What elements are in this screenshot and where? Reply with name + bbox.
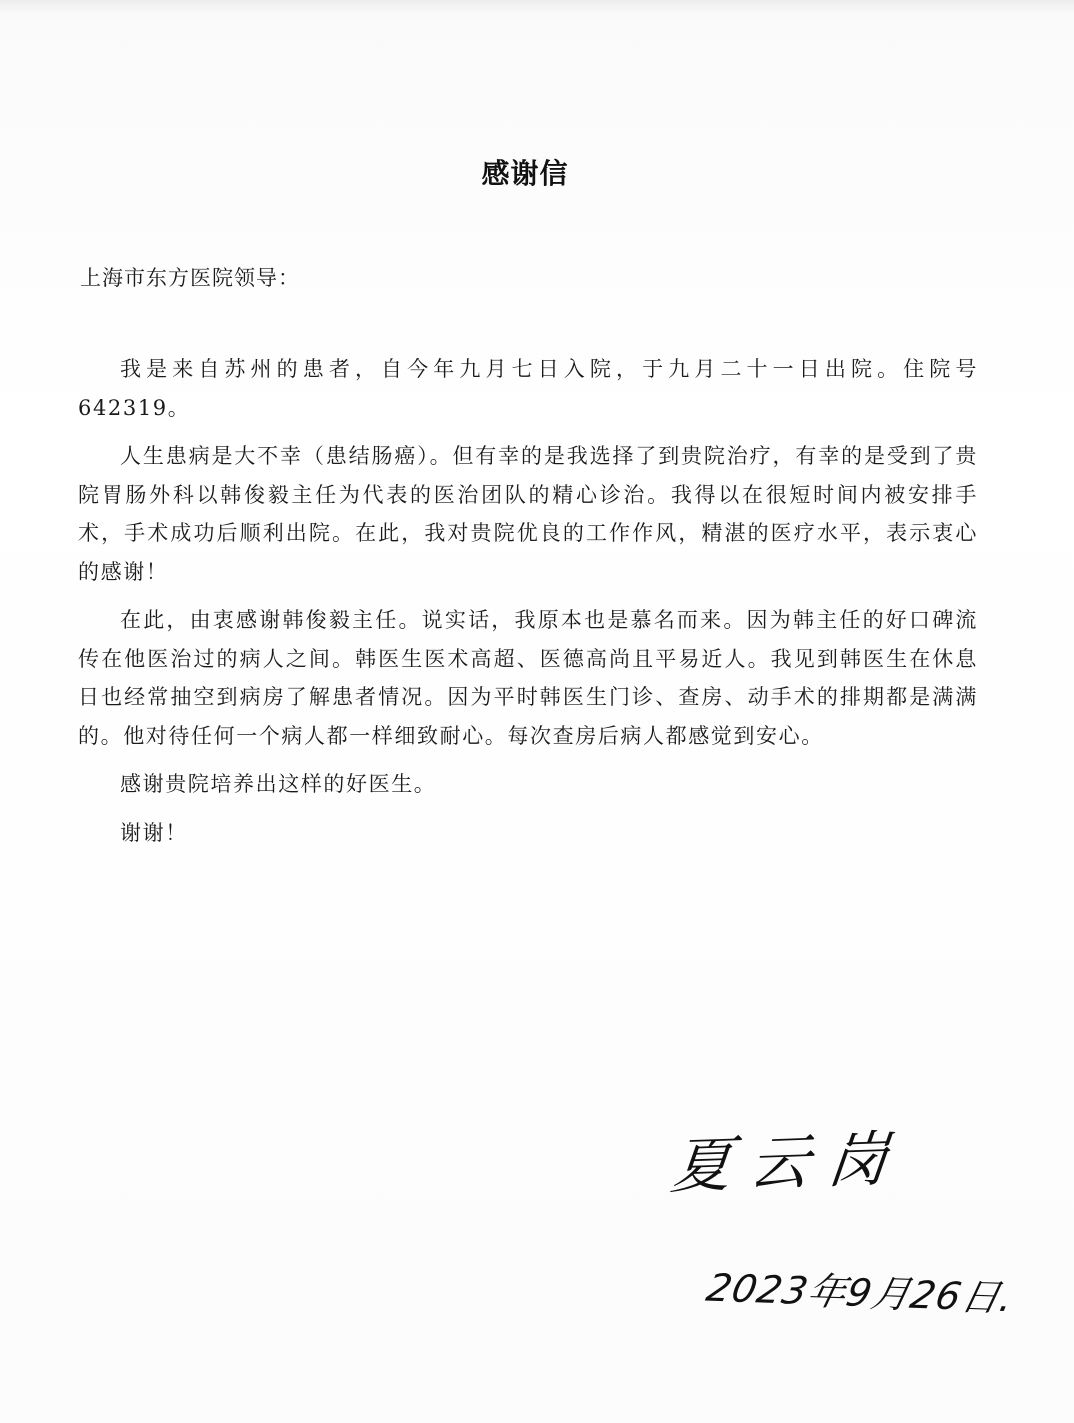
handwritten-date: 2023年9月26日.: [702, 1257, 1020, 1322]
letter-salutation: 上海市东方医院领导：: [80, 262, 300, 292]
paragraph-treatment: 人生患病是大不幸（患结肠癌）。但有幸的是我选择了到贵院治疗，有幸的是受到了贵院胃…: [78, 437, 978, 591]
paragraph-hospital-thanks: 感谢贵院培养出这样的好医生。: [78, 765, 978, 804]
paragraph-closing: 谢谢！: [78, 814, 978, 853]
scan-edge-shadow: [0, 0, 1074, 14]
handwritten-signature: 夏云岗: [668, 1111, 911, 1206]
letter-title: 感谢信: [0, 152, 1050, 192]
letter-page: 感谢信 上海市东方医院领导： 我是来自苏州的患者，自今年九月七日入院，于九月二十…: [0, 0, 1074, 1423]
paragraph-doctor-praise: 在此，由衷感谢韩俊毅主任。说实话，我原本也是慕名而来。因为韩主任的好口碑流传在他…: [78, 601, 978, 755]
letter-body: 我是来自苏州的患者，自今年九月七日入院，于九月二十一日出院。住院号642319。…: [78, 350, 978, 862]
paragraph-admission: 我是来自苏州的患者，自今年九月七日入院，于九月二十一日出院。住院号642319。: [78, 350, 978, 427]
